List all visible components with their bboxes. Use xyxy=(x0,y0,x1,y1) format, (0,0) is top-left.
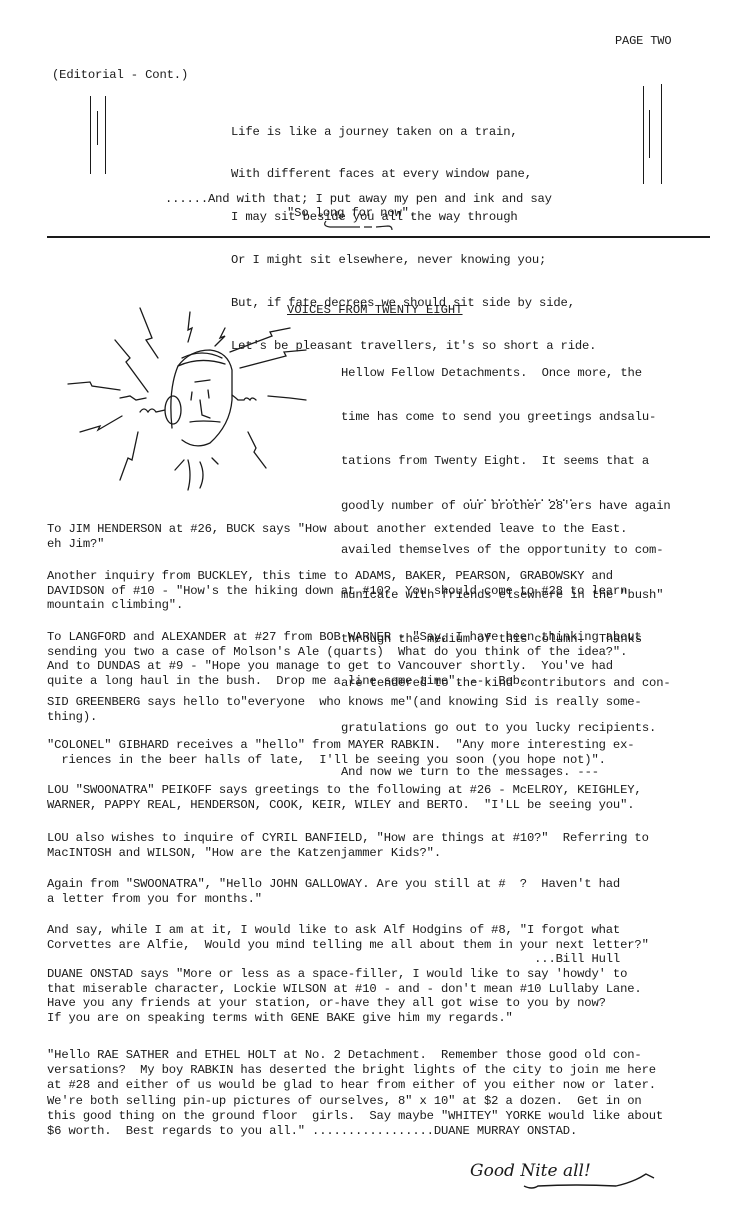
message-paragraph: "COLONEL" GIBHARD receives a "hello" fro… xyxy=(47,738,747,767)
right-bar-outer xyxy=(661,84,662,184)
message-paragraph: LOU also wishes to inquire of CYRIL BANF… xyxy=(47,831,747,860)
column-intro: Hellow Fellow Detachments. Once more, th… xyxy=(341,336,671,795)
message-paragraph: SID GREENBERG says hello to"everyone who… xyxy=(47,695,747,724)
column-separator: ............... xyxy=(467,491,574,505)
message-line: SID GREENBERG says hello to"everyone who… xyxy=(47,695,747,710)
message-line: Have you any friends at your station, or… xyxy=(47,996,747,1011)
column-title: VOICES FROM TWENTY EIGHT xyxy=(287,303,463,317)
message-line: And say, while I am at it, I would like … xyxy=(47,923,747,938)
left-bar-inner xyxy=(105,96,106,174)
signoff-text: Good Nite all! xyxy=(470,1161,591,1181)
message-line: LOU also wishes to inquire of CYRIL BANF… xyxy=(47,831,747,846)
right-bar-short xyxy=(649,110,650,158)
message-line: quite a long haul in the bush. Drop me a… xyxy=(47,674,747,689)
page-number: PAGE TWO xyxy=(615,34,671,48)
message-line: We're both selling pin-up pictures of ou… xyxy=(47,1094,747,1109)
message-line: riences in the beer halls of late, I'll … xyxy=(47,753,747,768)
signature-squiggle-icon xyxy=(320,218,410,234)
message-line: thing). xyxy=(47,710,747,725)
poem-line: With different faces at every window pan… xyxy=(231,167,596,181)
left-bar-outer xyxy=(90,96,91,174)
section-divider xyxy=(47,236,710,238)
message-line: LOU "SWOONATRA" PEIKOFF says greetings t… xyxy=(47,783,747,798)
message-paragraph: And say, while I am at it, I would like … xyxy=(47,923,747,967)
message-line: a letter from you for months." xyxy=(47,892,747,907)
poem-line: Life is like a journey taken on a train, xyxy=(231,125,596,139)
message-line: If you are on speaking terms with GENE B… xyxy=(47,1011,747,1026)
editorial-closing-line: ......And with that; I put away my pen a… xyxy=(165,192,552,206)
headphone-man-sketch-icon xyxy=(60,300,310,500)
message-line: WARNER, PAPPY REAL, HENDERSON, COOK, KEI… xyxy=(47,798,747,813)
message-line: versations? My boy RABKIN has deserted t… xyxy=(47,1063,747,1078)
message-paragraph: DUANE ONSTAD says "More or less as a spa… xyxy=(47,967,747,1025)
message-paragraph: LOU "SWOONATRA" PEIKOFF says greetings t… xyxy=(47,783,747,812)
message-line: Another inquiry from BUCKLEY, this time … xyxy=(47,569,747,584)
message-line: Corvettes are Alfie, Would you mind tell… xyxy=(47,938,747,953)
left-bar-short xyxy=(97,111,98,145)
message-paragraph: "Hello RAE SATHER and ETHEL HOLT at No. … xyxy=(47,1048,747,1139)
intro-line: Hellow Fellow Detachments. Once more, th… xyxy=(341,366,671,381)
right-bar-inner xyxy=(643,86,644,184)
message-line: DAVIDSON of #10 - "How's the hiking down… xyxy=(47,584,747,599)
message-line: eh Jim?" xyxy=(47,537,747,552)
message-line: sending you two a case of Molson's Ale (… xyxy=(47,645,747,660)
message-line: that miserable character, Lockie WILSON … xyxy=(47,982,747,997)
message-line: "COLONEL" GIBHARD receives a "hello" fro… xyxy=(47,738,747,753)
message-line: mountain climbing". xyxy=(47,598,747,613)
message-line: $6 worth. Best regards to you all." ....… xyxy=(47,1124,747,1139)
intro-line: And now we turn to the messages. --- xyxy=(341,765,671,780)
message-line: ...Bill Hull xyxy=(47,952,747,967)
editorial-heading: (Editorial - Cont.) xyxy=(52,68,188,82)
message-line: "Hello RAE SATHER and ETHEL HOLT at No. … xyxy=(47,1048,747,1063)
message-line: this good thing on the ground floor girl… xyxy=(47,1109,747,1124)
intro-line: time has come to send you greetings ands… xyxy=(341,410,671,425)
message-paragraph: Another inquiry from BUCKLEY, this time … xyxy=(47,569,747,613)
handwritten-signoff: Good Nite all! xyxy=(466,1156,676,1196)
poem-line: Or I might sit elsewhere, never knowing … xyxy=(231,253,596,267)
message-line: And to DUNDAS at #9 - "Hope you manage t… xyxy=(47,659,747,674)
message-line: MacINTOSH and WILSON, "How are the Katze… xyxy=(47,846,747,861)
message-paragraph: To LANGFORD and ALEXANDER at #27 from BO… xyxy=(47,630,747,688)
message-paragraph: To JIM HENDERSON at #26, BUCK says "How … xyxy=(47,522,747,551)
message-line: at #28 and either of us would be glad to… xyxy=(47,1078,747,1093)
message-line: Again from "SWOONATRA", "Hello JOHN GALL… xyxy=(47,877,747,892)
message-paragraph: Again from "SWOONATRA", "Hello JOHN GALL… xyxy=(47,877,747,906)
intro-line: tations from Twenty Eight. It seems that… xyxy=(341,454,671,469)
message-line: To LANGFORD and ALEXANDER at #27 from BO… xyxy=(47,630,747,645)
message-line: To JIM HENDERSON at #26, BUCK says "How … xyxy=(47,522,747,537)
message-line: DUANE ONSTAD says "More or less as a spa… xyxy=(47,967,747,982)
